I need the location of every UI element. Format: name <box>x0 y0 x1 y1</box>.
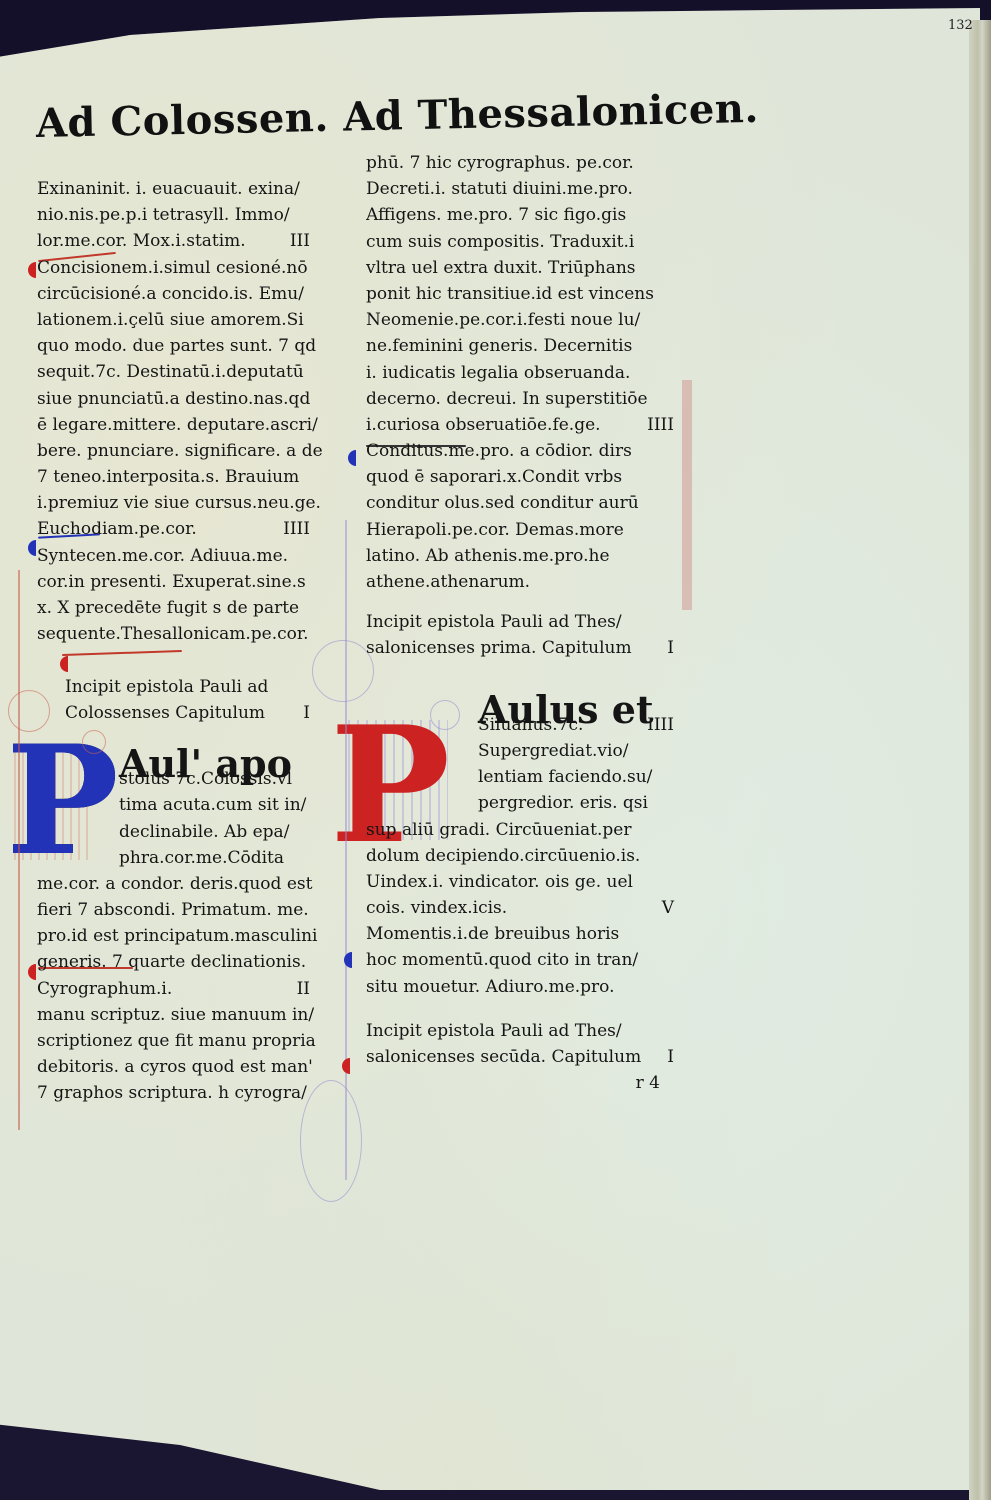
text-line: Decreti.i. statuti diuini.me.pro. <box>366 176 674 202</box>
opening-words: Aulus et <box>366 686 674 712</box>
text-line: Affigens. me.pro. 7 sic figo.gis <box>366 202 674 228</box>
text-line: ponit hic transitiue.id est vincens <box>366 281 674 307</box>
text-line: Supergrediat.vio/ <box>366 738 674 764</box>
text-line: 7 graphos scriptura. h cyrogra/ <box>37 1080 310 1106</box>
text-line: Euchodiam.pe.cor.IIII <box>37 516 310 542</box>
text-line: dolum decipiendo.circūuenio.is. <box>366 843 674 869</box>
text-line: quo modo. due partes sunt. 7 qd <box>37 333 310 359</box>
text-line: phra.cor.me.Cōdita <box>37 845 310 871</box>
chapter-number: I <box>667 1044 674 1070</box>
incipit-heading: Incipit epistola Pauli ad <box>37 674 310 700</box>
left-column: Exinaninit. i. euacuauit. exina/ nio.nis… <box>37 176 310 1107</box>
chapter-verse-number: IIII <box>647 712 674 738</box>
text-line: fieri 7 abscondi. Primatum. me. <box>37 897 310 923</box>
text-line: athene.athenarum. <box>366 569 674 595</box>
text-line: decerno. decreui. In superstitiōe <box>366 386 674 412</box>
text-line: cum suis compositis. Traduxit.i <box>366 229 674 255</box>
incipit-heading: Incipit epistola Pauli ad Thes/ <box>366 609 674 635</box>
text-line: Conditus.me.pro. a cōdior. dirs <box>366 438 674 464</box>
text-line: hoc momentū.quod cito in tran/ <box>366 947 674 973</box>
text-line: latino. Ab athenis.me.pro.he <box>366 543 674 569</box>
text-line: declinabile. Ab epa/ <box>37 819 310 845</box>
text-line: 7 teneo.interposita.s. Brauium <box>37 464 310 490</box>
text-line: sequente.Thesallonicam.pe.cor. <box>37 621 310 647</box>
margin-penwork-red <box>18 570 20 1130</box>
text-line: conditur olus.sed conditur aurū <box>366 490 674 516</box>
text-line: i.premiuz vie siue cursus.neu.ge. <box>37 490 310 516</box>
page-edge-fore-edge <box>969 20 991 1500</box>
text-line: quod ē saporari.x.Condit vrbs <box>366 464 674 490</box>
text-line: debitoris. a cyros quod est man' <box>37 1054 310 1080</box>
opening-words: Aul' apo <box>37 740 310 766</box>
text-line: sequit.7c. Destinatū.i.deputatū <box>37 359 310 385</box>
flourish-violet-top <box>312 640 374 702</box>
chapter-verse-number: IIII <box>647 412 674 438</box>
text-line: generis. 7 quarte declinationis. <box>37 949 310 975</box>
text-line: tima acuta.cum sit in/ <box>37 792 310 818</box>
chapter-verse-number: V <box>662 895 674 921</box>
text-line: sup aliū gradi. Circūueniat.per <box>366 817 674 843</box>
text-line: Concisionem.i.simul cesioné.nō <box>37 255 310 281</box>
text-line: stolus 7c.Colossis.vl <box>37 766 310 792</box>
incipit-heading: Colossenses CapitulumI <box>37 700 310 726</box>
text-line: cois. vindex.icis.V <box>366 895 674 921</box>
text-line: manu scriptuz. siue manuum in/ <box>37 1002 310 1028</box>
text-line: Syntecen.me.cor. Adiuua.me. <box>37 543 310 569</box>
margin-penwork-violet <box>345 520 347 1180</box>
text-line: Exinaninit. i. euacuauit. exina/ <box>37 176 310 202</box>
text-line: nio.nis.pe.p.i tetrasyll. Immo/ <box>37 202 310 228</box>
chapter-verse-number: IIII <box>283 516 310 542</box>
text-line: lor.me.cor. Mox.i.statim.III <box>37 228 310 254</box>
text-line: me.cor. a condor. deris.quod est <box>37 871 310 897</box>
text-line: x. X precedēte fugit s de parte <box>37 595 310 621</box>
text-line: lentiam faciendo.su/ <box>366 764 674 790</box>
text-line: pro.id est principatum.masculini <box>37 923 310 949</box>
text-line: ne.feminini generis. Decernitis <box>366 333 674 359</box>
text-line: phū. 7 hic cyrographus. pe.cor. <box>366 150 674 176</box>
chapter-verse-number: II <box>297 976 310 1002</box>
text-line: i. iudicatis legalia obseruanda. <box>366 360 674 386</box>
text-line: cor.in presenti. Exuperat.sine.s <box>37 569 310 595</box>
text-line: vltra uel extra duxit. Triūphans <box>366 255 674 281</box>
folio-number: 132 <box>948 18 973 33</box>
text-line: pergredior. eris. qsi <box>366 790 674 816</box>
text-line: situ mouetur. Adiuro.me.pro. <box>366 974 674 1000</box>
text-line: Uindex.i. vindicator. ois ge. uel <box>366 869 674 895</box>
text-line: i.curiosa obseruatiōe.fe.ge.IIII <box>366 412 674 438</box>
chapter-verse-number: III <box>290 228 310 254</box>
right-column: phū. 7 hic cyrographus. pe.cor. Decreti.… <box>366 150 674 1096</box>
show-through-red <box>682 380 692 610</box>
text-line: ē legare.mittere. deputare.ascri/ <box>37 412 310 438</box>
text-line: Neomenie.pe.cor.i.festi noue lu/ <box>366 307 674 333</box>
incipit-heading: Incipit epistola Pauli ad Thes/ <box>366 1018 674 1044</box>
signature-mark: r 4 <box>366 1070 674 1096</box>
text-line: siue pnunciatū.a destino.nas.qd <box>37 386 310 412</box>
text-line: lationem.i.çelū siue amorem.Si <box>37 307 310 333</box>
text-line: bere. pnunciare. significare. a de <box>37 438 310 464</box>
text-line: Cyrographum.i.II <box>37 976 310 1002</box>
text-line: Momentis.i.de breuibus horis <box>366 921 674 947</box>
chapter-number: I <box>303 700 310 726</box>
incipit-heading: salonicenses secūda. CapitulumI <box>366 1044 674 1070</box>
chapter-number: I <box>667 635 674 661</box>
text-line: circūcisioné.a concido.is. Emu/ <box>37 281 310 307</box>
text-line: Hierapoli.pe.cor. Demas.more <box>366 517 674 543</box>
incipit-heading: salonicenses prima. CapitulumI <box>366 635 674 661</box>
text-line: scriptionez que fit manu propria <box>37 1028 310 1054</box>
